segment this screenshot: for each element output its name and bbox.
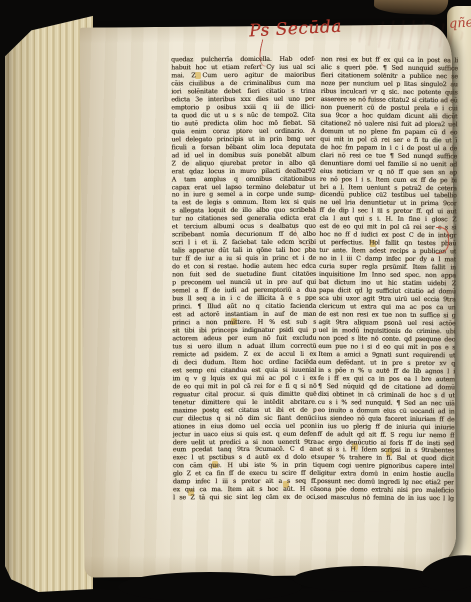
text-line: maxime postq est citatus ut ibi et de p <box>173 406 317 415</box>
text-line: ficuli a forsan bēbant olim loca deputat… <box>171 143 315 152</box>
book-photo: qñe Ps Secūda quedaz pulcherrīa domicell… <box>0 0 471 602</box>
text-line: A tam amplus q omnibus citationibus <box>172 175 316 184</box>
text-line: ationes in eius domo uel eccia uel pconi <box>173 422 317 431</box>
text-line: l se Z tā qui sic sint leg cām ex de oci… <box>173 494 317 503</box>
text-line: im q v g lquis ex qui mi ac pol c i ex <box>172 374 316 383</box>
text-line: cur dilectus q si nō dim sic fiant denūc… <box>173 414 317 423</box>
page-bottom-shadow <box>118 572 302 602</box>
text-line: quia enim coraz ptore uel ordinario. A <box>171 127 315 136</box>
text-column-left: quedaz pulcherrīa domicella. Hab odef-ha… <box>171 56 317 503</box>
text-line: tenetur dimittere qui le intēdit abritar… <box>173 398 317 407</box>
text-line: Z de aliquo qiurebat pretor in albo qā <box>171 159 315 168</box>
text-line: ad id uel in domibus suis ponebāt album <box>171 151 315 160</box>
book-headband <box>374 0 449 15</box>
text-line: erat qdaz locus in muro pilacti dealbat9… <box>172 167 316 176</box>
ink-offset-smudge <box>352 20 464 50</box>
text-line: de eo qui mit in pol cā rei for e fi q s… <box>172 382 316 391</box>
text-line: reguatur cital procur. si quis dimitte q… <box>172 390 316 399</box>
text-line: tio autē predicta olim hoc mō fiebat. Sā <box>171 119 315 128</box>
text-column-right: non resi ex but ff ex qui ca in post ea … <box>317 56 458 504</box>
page-bottom-shadow <box>293 566 437 592</box>
text-line: sed masculus nō femina de in ius uoc l l… <box>317 494 454 503</box>
text-line: jectur in uaco eius si quis est. q eum d… <box>173 430 317 439</box>
text-line: uel delegato principis ut in prin bmg ue… <box>171 135 315 144</box>
